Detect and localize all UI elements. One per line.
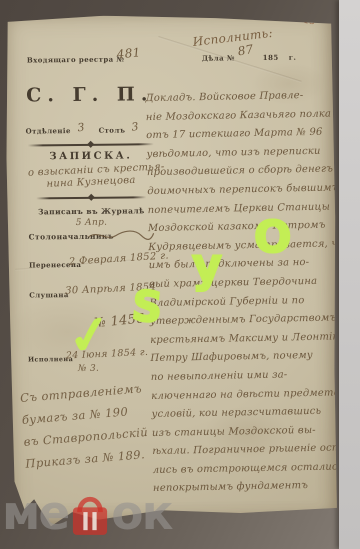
register-number: 481 xyxy=(116,45,141,61)
letter-line: Петру Шафировымъ, почему xyxy=(150,347,338,369)
journal-label: Записанъ въ Журналѣ xyxy=(28,206,154,216)
watermark-text-right: ок xyxy=(111,486,171,542)
letterhead-initials: С. Г. П. xyxy=(26,83,153,106)
department-value: 3 xyxy=(77,121,86,135)
page-number: 13 xyxy=(303,16,316,28)
ornamental-rule xyxy=(36,194,146,200)
photo-of-document: Исполнить: 13 Входящаго реестра № 481 Дѣ… xyxy=(0,0,360,549)
shopping-bag-icon xyxy=(71,490,109,538)
register-label: Входящаго реестра № xyxy=(27,54,125,64)
green-mark-letter-s: S xyxy=(130,281,165,333)
heard-label: Слушана xyxy=(29,290,69,299)
resolution-note: Исполнить: xyxy=(192,26,273,49)
department-label: Отдѣленіе xyxy=(25,126,70,135)
year-suffix: г. xyxy=(289,53,297,62)
zapiska-title: ЗАПИСКА. xyxy=(28,150,154,162)
letter-line: непокрытымъ фундаментъ xyxy=(153,477,340,499)
letter-line: вый храмъ церкви Твердочина xyxy=(149,272,337,294)
site-watermark: ме ок xyxy=(2,486,172,542)
document-paper: Исполнить: 13 Входящаго реестра № 481 Дѣ… xyxy=(4,11,339,527)
signature-flourish xyxy=(87,227,155,244)
case-number-header: 87 xyxy=(237,42,255,58)
year-printed: 185 xyxy=(263,53,279,62)
case-label: Дѣла № xyxy=(202,53,235,62)
backing-mat-strip xyxy=(339,0,360,549)
dispatch-note: Съ отправленіемъбумагъ за № 190въ Ставро… xyxy=(19,377,150,475)
letter-body: Докладъ. Войсковое Правле-ніе Моздокскаг… xyxy=(145,86,339,499)
green-mark-letter-o: O xyxy=(254,212,291,263)
green-mark-letter-y: y xyxy=(192,238,222,292)
green-mark-check-icon: ✓ xyxy=(64,303,116,368)
desk-label: Столъ xyxy=(98,125,125,134)
desk-value: 3 xyxy=(131,120,140,134)
ornamental-rule xyxy=(28,141,154,147)
watermark-text-left: ме xyxy=(2,486,68,542)
